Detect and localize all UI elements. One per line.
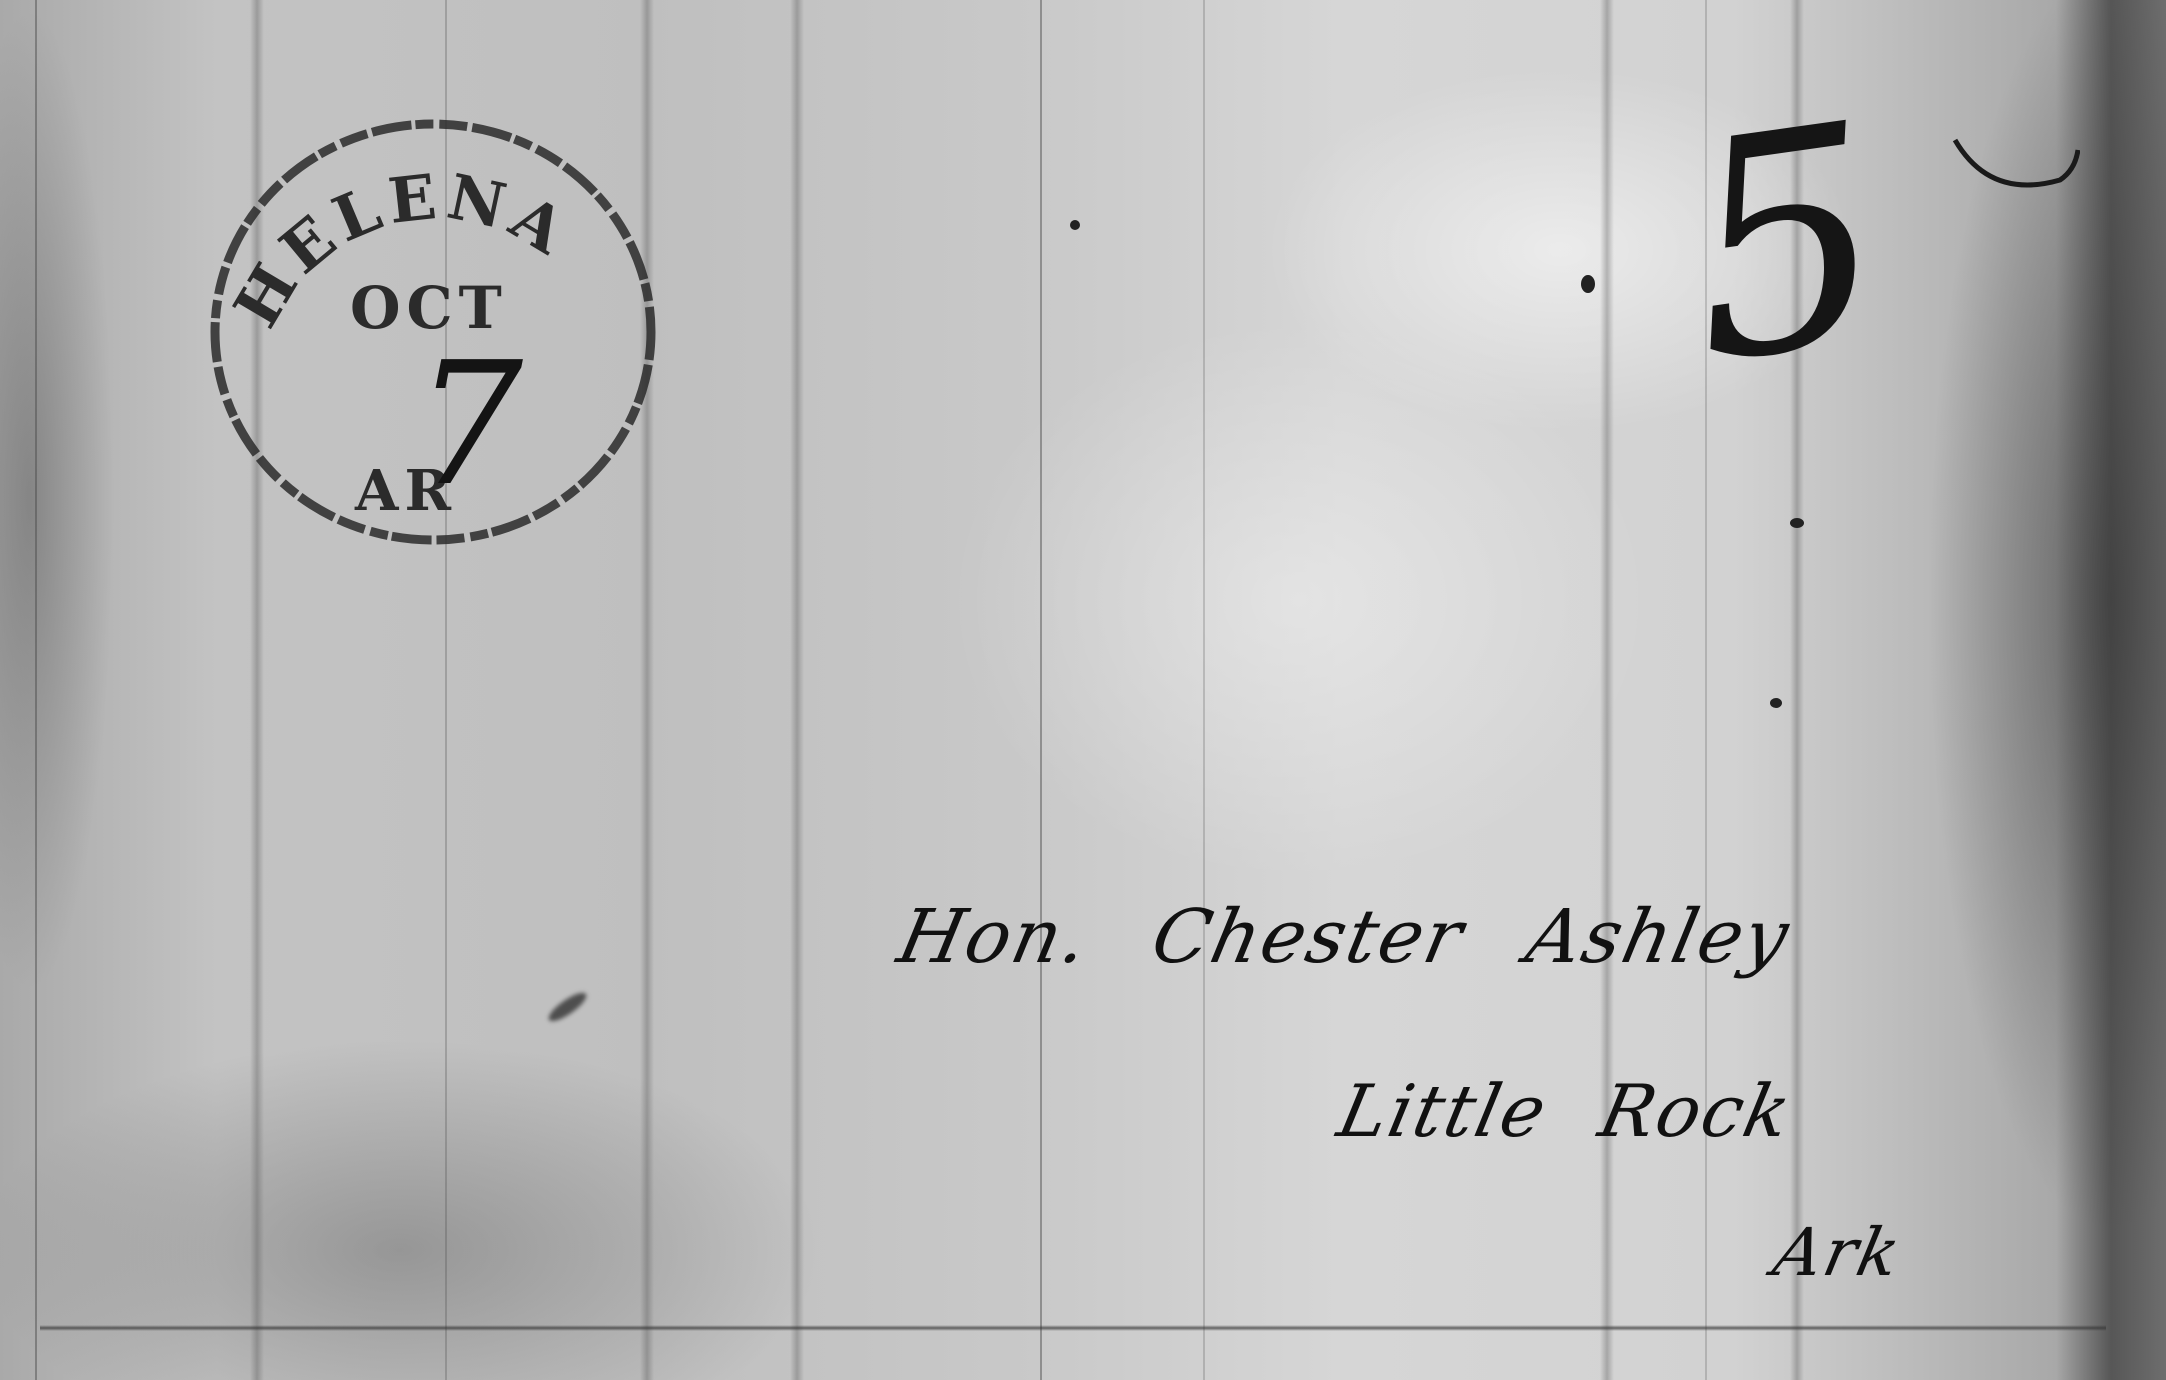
- fold-line: [1203, 0, 1205, 1380]
- right-edge-shadow: [2056, 0, 2166, 1380]
- address-state: Ark: [1768, 1220, 1907, 1286]
- postmark: HELENA OCT AR 7: [205, 110, 660, 550]
- fold-line: [790, 0, 804, 1380]
- ink-smudge: [545, 988, 590, 1025]
- fold-line: [1600, 0, 1614, 1380]
- rate-flourish-icon: [1950, 110, 2080, 200]
- addressee-name: Hon. Chester Ashley: [892, 900, 1796, 974]
- ink-spot: [1581, 275, 1595, 293]
- center-fold: [1040, 0, 1042, 1380]
- ink-spot: [1070, 220, 1080, 230]
- postmark-day: 7: [415, 340, 523, 510]
- bottom-fold: [40, 1325, 2106, 1331]
- ink-spot: [1770, 698, 1782, 708]
- ink-spot: [1790, 518, 1804, 528]
- fold-line: [35, 0, 37, 1380]
- address-city: Little Rock: [1332, 1075, 1798, 1147]
